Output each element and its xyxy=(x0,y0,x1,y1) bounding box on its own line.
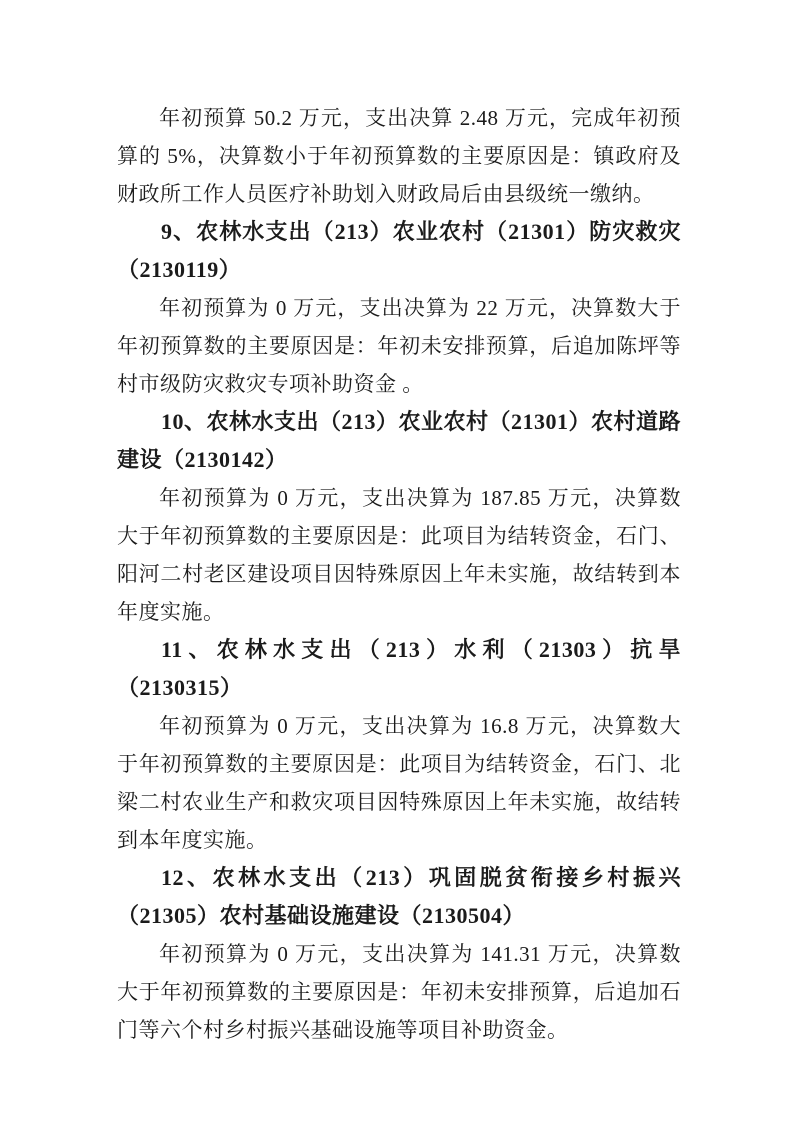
section-heading-12-rural-infrastructure: 12、农林水支出（213）巩固脱贫衔接乡村振兴（21305）农村基础设施建设（2… xyxy=(117,859,681,935)
paragraph-rural-infrastructure-explanation: 年初预算为 0 万元，支出决算为 141.31 万元，决算数大于年初预算数的主要… xyxy=(117,935,681,1049)
paragraph-disaster-relief-explanation: 年初预算为 0 万元，支出决算为 22 万元，决算数大于年初预算数的主要原因是：… xyxy=(117,289,681,403)
paragraph-rural-road-explanation: 年初预算为 0 万元，支出决算为 187.85 万元，决算数大于年初预算数的主要… xyxy=(117,479,681,631)
section-heading-11-drought-resistance: 11、农林水支出（213）水利（21303）抗旱（2130315） xyxy=(117,631,681,707)
section-heading-9-disaster-relief: 9、农林水支出（213）农业农村（21301）防灾救灾（2130119） xyxy=(117,213,681,289)
document-page: 年初预算 50.2 万元，支出决算 2.48 万元，完成年初预算的 5%，决算数… xyxy=(0,0,793,1122)
section-heading-10-rural-road-construction: 10、农林水支出（213）农业农村（21301）农村道路建设（2130142） xyxy=(117,403,681,479)
paragraph-drought-resistance-explanation: 年初预算为 0 万元，支出决算为 16.8 万元，决算数大于年初预算数的主要原因… xyxy=(117,707,681,859)
paragraph-medical-subsidy-explanation: 年初预算 50.2 万元，支出决算 2.48 万元，完成年初预算的 5%，决算数… xyxy=(117,99,681,213)
